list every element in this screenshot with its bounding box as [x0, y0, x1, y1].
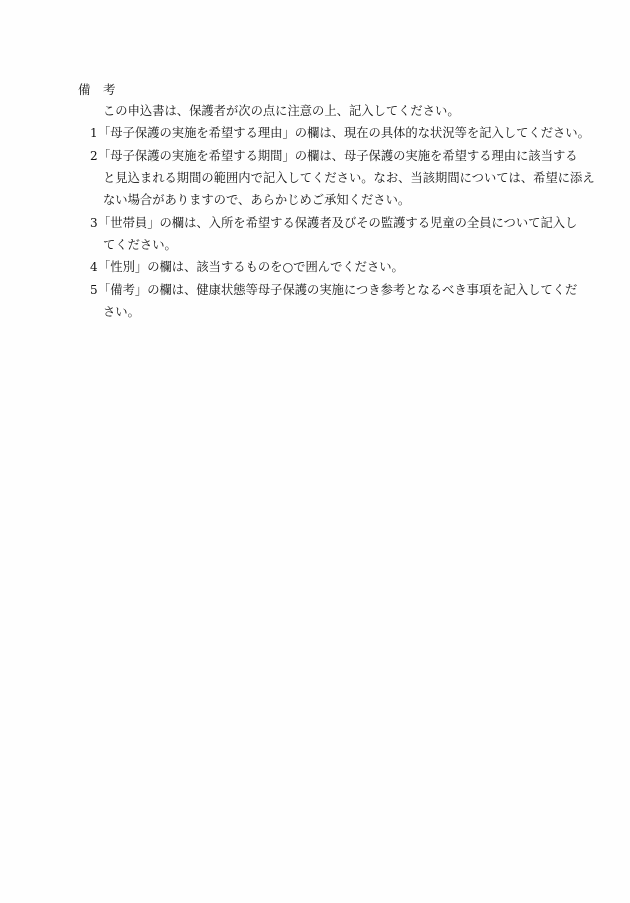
item-line: さい。	[103, 304, 140, 320]
item-line: 「性別」の欄は、該当するものを○で囲んでください。	[98, 259, 404, 275]
item-line: 「世帯員」の欄は、入所を希望する保護者及びその監護する児童の全員について記入し	[98, 215, 577, 231]
item-number: 3	[90, 215, 98, 231]
document-page: 備 考 この申込書は、保護者が次の点に注意の上、記入してください。 1 「母子保…	[0, 0, 630, 903]
item-line: 「備考」の欄は、健康状態等母子保護の実施につき参考となるべき事項を記入してくだ	[98, 282, 577, 298]
item-line: と見込まれる期間の範囲内で記入してください。なお、当該期間については、希望に添え	[103, 170, 595, 186]
item-number: 4	[90, 259, 98, 275]
item-line: 「母子保護の実施を希望する期間」の欄は、母子保護の実施を希望する理由に該当する	[98, 148, 578, 164]
item-line: 「母子保護の実施を希望する理由」の欄は、現在の具体的な状況等を記入してください。	[98, 125, 590, 141]
item-number: 2	[90, 148, 98, 164]
notes-heading: 備 考	[78, 80, 116, 98]
item-number: 5	[90, 282, 98, 298]
item-line: てください。	[103, 237, 177, 253]
item-line: ない場合がありますので、あらかじめご承知ください。	[103, 192, 410, 208]
item-number: 1	[90, 125, 98, 141]
intro-text: この申込書は、保護者が次の点に注意の上、記入してください。	[103, 103, 460, 119]
